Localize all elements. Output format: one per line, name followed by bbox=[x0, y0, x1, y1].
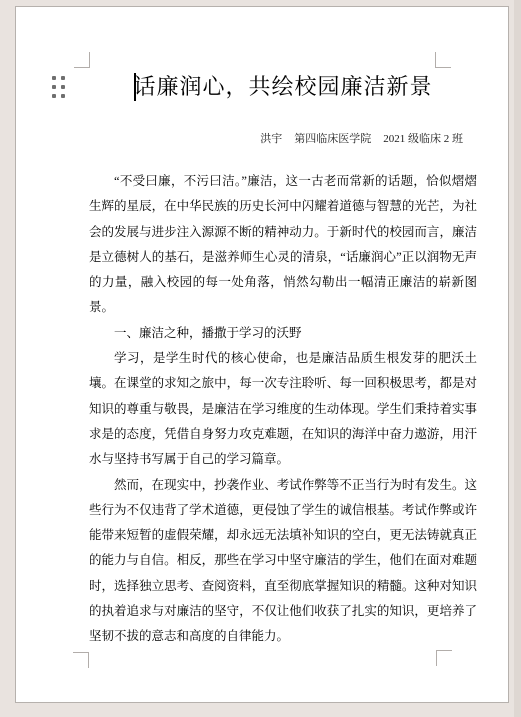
document-body[interactable]: “不受曰廉，不污曰洁。”廉洁，这一古老而常新的话题，恰似熠熠生辉的星辰，在中华民… bbox=[89, 169, 477, 650]
paragraph[interactable]: 然而，在现实中，抄袭作业、考试作弊等不正当行为时有发生。这些行为不仅违背了学术道… bbox=[89, 473, 477, 650]
section-heading[interactable]: 一、廉洁之种，播撒于学习的沃野 bbox=[89, 321, 477, 346]
scrollbar-track[interactable] bbox=[514, 0, 521, 717]
paragraph[interactable]: “不受曰廉，不污曰洁。”廉洁，这一古老而常新的话题，恰似熠熠生辉的星辰，在中华民… bbox=[89, 169, 477, 321]
margin-mark-bottom-left bbox=[73, 652, 89, 668]
dot bbox=[61, 94, 65, 98]
byline[interactable]: 洪宇 第四临床医学院 2021 级临床 2 班 bbox=[89, 131, 477, 147]
drag-handle-icon[interactable] bbox=[52, 76, 65, 98]
dot bbox=[52, 94, 56, 98]
dot bbox=[61, 76, 65, 80]
margin-mark-top-right bbox=[435, 52, 451, 68]
paragraph[interactable]: 学习，是学生时代的核心使命，也是廉洁品质生根发芽的肥沃土壤。在课堂的求知之旅中，… bbox=[89, 346, 477, 472]
byline-class: 2021 级临床 2 班 bbox=[383, 131, 463, 147]
dot bbox=[52, 76, 56, 80]
document-page[interactable]: 话廉润心，共绘校园廉洁新景 洪宇 第四临床医学院 2021 级临床 2 班 “不… bbox=[15, 6, 509, 703]
dot bbox=[52, 85, 56, 89]
margin-mark-bottom-right bbox=[436, 650, 452, 666]
margin-mark-top-left bbox=[74, 52, 90, 68]
dot bbox=[61, 85, 65, 89]
document-title[interactable]: 话廉润心，共绘校园廉洁新景 bbox=[89, 70, 477, 104]
byline-college: 第四临床医学院 bbox=[294, 131, 371, 147]
byline-author: 洪宇 bbox=[260, 131, 282, 147]
